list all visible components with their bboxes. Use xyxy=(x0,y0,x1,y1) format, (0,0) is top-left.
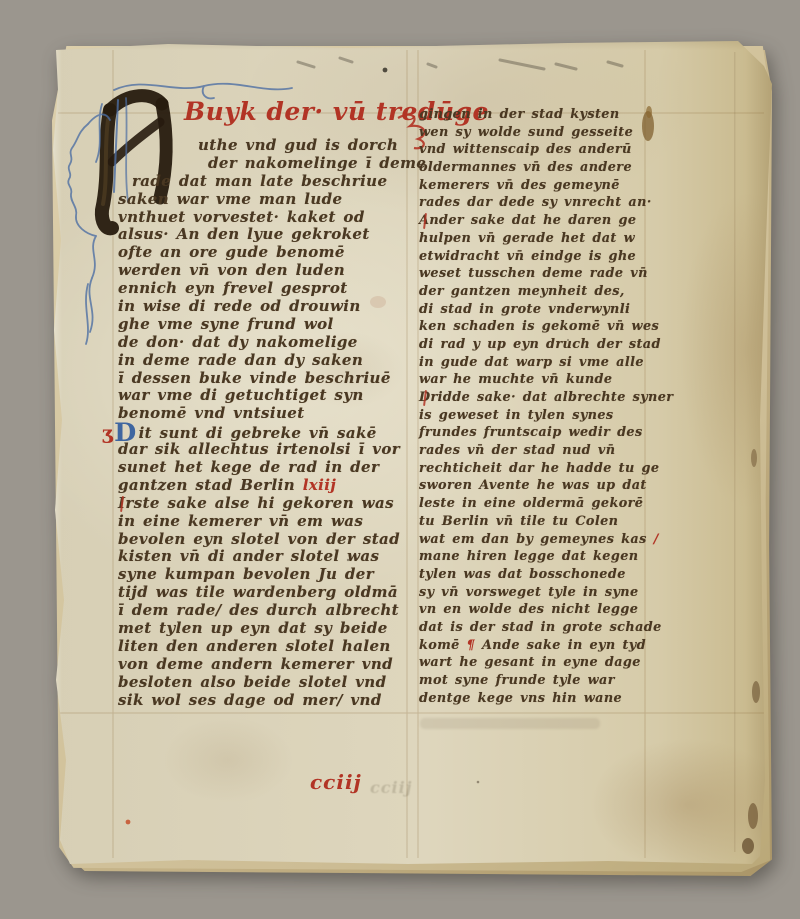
text-line: is geweset in tylen synes xyxy=(419,407,669,425)
text-segment: in deme rade dan dy saken xyxy=(118,351,363,369)
manuscript-leaf-stack: Buyk der· vū tredūge uthe vnd gud is dor… xyxy=(48,40,774,874)
text-line: ennich eyn frevel gesprot xyxy=(118,280,418,298)
text-segment: kisten vn̄ di ander slotel was xyxy=(118,547,379,565)
text-segment: ridde sake· dat albrechte syner xyxy=(431,390,674,405)
text-segment: vn en wolde des nicht legge xyxy=(419,602,638,617)
text-line: Dridde sake· dat albrechte syner xyxy=(419,389,669,407)
text-line: vnthuet vorvestet· kaket od xyxy=(118,209,418,227)
text-segment: etwidracht vn̄ eindge is ghe xyxy=(419,249,636,264)
photograph-background: Buyk der· vū tredūge uthe vnd gud is dor… xyxy=(0,0,800,919)
text-segment: lxiij xyxy=(303,476,336,494)
text-line: von deme andern kemerer vnd xyxy=(118,656,418,674)
text-line: in wise di rede od drouwin xyxy=(118,298,418,316)
text-line: Irste sake alse hi gekoren was xyxy=(118,495,418,513)
text-segment: rade dat man late beschriue xyxy=(132,172,387,190)
text-line: sunet het kege de rad in der xyxy=(118,459,418,477)
text-segment: weset tusschen deme rade vn̄ xyxy=(419,266,648,281)
text-segment: von deme andern kemerer vnd xyxy=(118,655,393,673)
text-segment: benomē vnd vntsiuet xyxy=(118,404,305,422)
text-line: wat em dan by gemeynes kas / xyxy=(419,531,669,549)
text-segment: hulpen vn̄ gerade het dat w xyxy=(419,231,635,246)
text-segment: ʒ xyxy=(102,422,113,444)
text-line: syne kumpan bevolen Ju der xyxy=(118,566,418,584)
text-segment: ī dessen buke vinde beschriuē xyxy=(118,369,391,387)
text-segment: met tylen up eyn dat sy beide xyxy=(118,619,388,637)
text-line: hulpen vn̄ gerade het dat w xyxy=(419,230,669,248)
text-segment: in eine kemerer vn̄ em was xyxy=(118,512,363,530)
text-segment: rades dar dede sy vnrecht an· xyxy=(419,195,652,210)
text-segment: uthe vnd gud is dorch xyxy=(198,136,398,154)
text-line: ī dessen buke vinde beschriuē xyxy=(118,370,418,388)
text-line: uthe vnd gud is dorch xyxy=(118,137,418,155)
text-line: oldermannes vn̄ des andere xyxy=(419,159,669,177)
text-segment: Ande sake in eyn tyd xyxy=(482,638,646,653)
text-line: rechticheit dar he hadde tu ge xyxy=(419,460,669,478)
text-segment: war vme di getuchtiget syn xyxy=(118,386,364,404)
text-line: war he muchte vn̄ kunde xyxy=(419,371,669,389)
text-line: der nakomelinge ī deme xyxy=(118,155,418,173)
text-line: besloten also beide slotel vnd xyxy=(118,674,418,692)
text-segment: dat is der stad in grote schade xyxy=(419,620,662,635)
text-segment: ennich eyn frevel gesprot xyxy=(118,279,348,297)
text-line: wart he gesant in eyne dage xyxy=(419,654,669,672)
text-line: rades dar dede sy vnrecht an· xyxy=(419,194,669,212)
text-line: ofte an ore gude benomē xyxy=(118,244,418,262)
text-segment: komē xyxy=(419,638,467,653)
text-segment: gingen in der stad kysten xyxy=(419,107,620,122)
text-segment: bevolen eyn slotel von der stad xyxy=(118,530,400,548)
text-line: sworen Avente he was up dat xyxy=(419,477,669,495)
text-segment: tijd was tile wardenberg oldmā xyxy=(118,583,398,601)
folio-number: cciij xyxy=(310,770,362,794)
text-segment: D xyxy=(419,389,431,407)
vertical-crease xyxy=(734,52,736,852)
text-line: gingen in der stad kysten xyxy=(419,106,669,124)
text-line: di stad in grote vnderwynli xyxy=(419,301,669,319)
text-line: di rad y up eyn druch der stad xyxy=(419,336,669,354)
text-segment: in wise di rede od drouwin xyxy=(118,297,361,315)
text-line: ī dem rade/ des durch albrecht xyxy=(118,602,418,620)
text-segment: syne kumpan bevolen Ju der xyxy=(118,565,374,583)
text-line: kisten vn̄ di ander slotel was xyxy=(118,548,418,566)
text-line: tylen was dat bosschonede xyxy=(419,566,669,584)
text-line: benomē vnd vntsiuet xyxy=(118,405,418,423)
text-segment: ken schaden is gekomē vn̄ wes xyxy=(419,319,659,334)
text-line: mot syne frunde tyle war xyxy=(419,672,669,690)
text-segment: alsus· An den lyue gekroket xyxy=(118,225,370,243)
text-segment: kemerers vn̄ des gemeynē xyxy=(419,178,620,193)
text-line: tu Berlin vn̄ tile tu Colen xyxy=(419,513,669,531)
text-segment: sunet het kege de rad in der xyxy=(118,458,379,476)
text-line: dentge kege vns hin wane xyxy=(419,690,669,708)
text-line: dar sik allechtus irtenolsi ī vor xyxy=(118,441,418,459)
text-line: in deme rade dan dy saken xyxy=(118,352,418,370)
text-segment: gantzen stad Berlin xyxy=(118,476,303,494)
text-segment: A xyxy=(419,212,429,230)
text-line: saken war vme man lude xyxy=(118,191,418,209)
text-line: vn en wolde des nicht legge xyxy=(419,601,669,619)
text-line: ʒDit sunt di gebreke vn̄ sakē xyxy=(118,423,418,441)
text-line: bevolen eyn slotel von der stad xyxy=(118,531,418,549)
text-line: liten den anderen slotel halen xyxy=(118,638,418,656)
text-segment: dentge kege vns hin wane xyxy=(419,691,622,706)
text-line: alsus· An den lyue gekroket xyxy=(118,226,418,244)
text-line: leste in eine oldermā gekorē xyxy=(419,495,669,513)
text-segment: ofte an ore gude benomē xyxy=(118,243,345,261)
text-segment: rste sake alse hi gekoren was xyxy=(125,494,394,512)
text-segment: / xyxy=(647,532,659,547)
text-line: rades vn̄ der stad nud vn̄ xyxy=(419,442,669,460)
text-segment: ¶ xyxy=(467,638,482,653)
text-segment: oldermannes vn̄ des andere xyxy=(419,160,632,175)
text-segment: dar sik allechtus irtenolsi ī vor xyxy=(118,440,400,458)
text-segment: wat em dan by gemeynes kas xyxy=(419,532,647,547)
text-line: etwidracht vn̄ eindge is ghe xyxy=(419,248,669,266)
rubric-heading: Buyk der· vū tredūge xyxy=(184,97,444,137)
text-segment: der nakomelinge ī deme xyxy=(208,154,426,172)
text-line: rade dat man late beschriue xyxy=(118,173,418,191)
text-line: kemerers vn̄ des gemeynē xyxy=(419,177,669,195)
text-line: ken schaden is gekomē vn̄ wes xyxy=(419,318,669,336)
text-segment: der gantzen meynheit des, xyxy=(419,284,625,299)
manuscript-page: Buyk der· vū tredūge uthe vnd gud is dor… xyxy=(48,40,774,874)
text-line: gantzen stad Berlin lxiij xyxy=(118,477,418,495)
text-line: de don· dat dy nakomelige xyxy=(118,334,418,352)
text-segment: werden vn̄ von den luden xyxy=(118,261,345,279)
text-segment: mane hiren legge dat kegen xyxy=(419,549,638,564)
text-line: tijd was tile wardenberg oldmā xyxy=(118,584,418,602)
text-segment: I xyxy=(118,495,125,513)
text-segment: in gude dat warp si vme alle xyxy=(419,355,644,370)
text-line: wen sy wolde sund gesseite xyxy=(419,124,669,142)
text-segment: saken war vme man lude xyxy=(118,190,343,208)
text-segment: mot syne frunde tyle war xyxy=(419,673,615,688)
text-segment: rades vn̄ der stad nud vn̄ xyxy=(419,443,615,458)
text-segment: ghe vme syne frund wol xyxy=(118,315,334,333)
text-column-left: uthe vnd gud is dorchder nakomelinge ī d… xyxy=(118,137,418,710)
text-segment: sik wol ses dage od mer/ vnd xyxy=(118,691,382,709)
text-column-right: gingen in der stad kystenwen sy wolde su… xyxy=(419,106,669,707)
text-segment: vnthuet vorvestet· kaket od xyxy=(118,208,365,226)
text-line: sy vn̄ vorsweget tyle in syne xyxy=(419,584,669,602)
text-line: vnd wittenscaip des anderū xyxy=(419,141,669,159)
text-segment: sy vn̄ vorsweget tyle in syne xyxy=(419,585,639,600)
text-segment: nder sake dat he daren ge xyxy=(429,213,636,228)
text-segment: de don· dat dy nakomelige xyxy=(118,333,358,351)
text-segment: rechticheit dar he hadde tu ge xyxy=(419,461,659,476)
text-segment: war he muchte vn̄ kunde xyxy=(419,372,612,387)
text-segment: tu Berlin vn̄ tile tu Colen xyxy=(419,514,618,529)
text-segment: is geweset in tylen synes xyxy=(419,408,614,423)
text-segment: di stad in grote vnderwynli xyxy=(419,302,630,317)
text-line: mane hiren legge dat kegen xyxy=(419,548,669,566)
text-line: war vme di getuchtiget syn xyxy=(118,387,418,405)
text-line: ghe vme syne frund wol xyxy=(118,316,418,334)
text-segment: leste in eine oldermā gekorē xyxy=(419,496,643,511)
text-segment: tylen was dat bosschonede xyxy=(419,567,626,582)
text-line: der gantzen meynheit des, xyxy=(419,283,669,301)
text-line: in eine kemerer vn̄ em was xyxy=(118,513,418,531)
text-segment: sworen Avente he was up dat xyxy=(419,478,647,493)
ink-showthrough xyxy=(420,718,600,729)
text-line: weset tusschen deme rade vn̄ xyxy=(419,265,669,283)
text-line: sik wol ses dage od mer/ vnd xyxy=(118,692,418,710)
text-line: frundes fruntscaip wedir des xyxy=(419,424,669,442)
text-segment: vnd wittenscaip des anderū xyxy=(419,142,632,157)
text-segment: wart he gesant in eyne dage xyxy=(419,655,641,670)
text-line: met tylen up eyn dat sy beide xyxy=(118,620,418,638)
text-segment: besloten also beide slotel vnd xyxy=(118,673,387,691)
text-line: komē ¶ Ande sake in eyn tyd xyxy=(419,637,669,655)
folio-number-ghost: cciij xyxy=(370,778,412,797)
text-line: Ander sake dat he daren ge xyxy=(419,212,669,230)
text-line: in gude dat warp si vme alle xyxy=(419,354,669,372)
text-segment: wen sy wolde sund gesseite xyxy=(419,125,633,140)
text-segment: di rad y up eyn druch der stad xyxy=(419,337,661,352)
text-line: werden vn̄ von den luden xyxy=(118,262,418,280)
text-segment: frundes fruntscaip wedir des xyxy=(419,425,643,440)
text-segment: ī dem rade/ des durch albrecht xyxy=(118,601,399,619)
text-segment: liten den anderen slotel halen xyxy=(118,637,391,655)
text-line: dat is der stad in grote schade xyxy=(419,619,669,637)
